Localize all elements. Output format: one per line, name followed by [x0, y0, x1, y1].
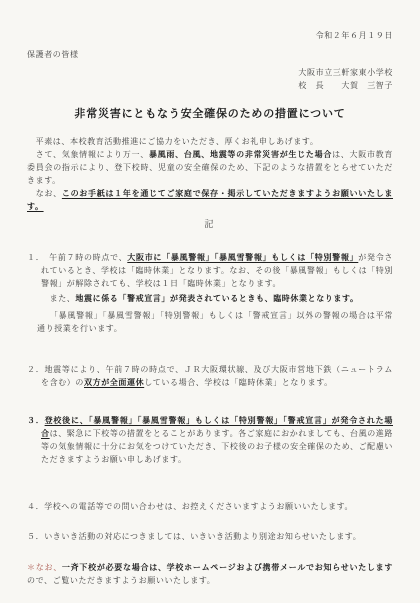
record-heading: 記 [27, 218, 393, 231]
item-1-emphasis: 大阪市に「暴風警報」「暴風雪警報」もしくは「特別警報」 [127, 253, 358, 262]
intro-paragraph-3: なお、このお手紙は１年を通じてご家庭で保存・掲示していただきますようお願いいたし… [27, 187, 393, 213]
item-1-sub-1: また、地震に係る「警戒宣言」が発表されているときも、臨時休業となります。 [41, 292, 393, 305]
footnote-post: ので、ご覧いただきますようお願いいたします。 [27, 576, 215, 585]
item-1-number: １． [27, 253, 40, 262]
item-2: ２．地震等により、午前７時の時点で、ＪＲ大阪環状線、及び大阪市営地下鉄（ニュート… [27, 363, 393, 389]
intro-paragraph-2-emphasis: 暴風雨、台風、地震等の非常災害が生じた場合 [149, 150, 332, 159]
item-4: ４．学校への電話等での問い合わせは、お控えくださいますようお願いいたします。 [27, 500, 393, 513]
principal-name: 校 長 大賀 三智子 [27, 79, 393, 92]
document-title: 非常災害にともなう安全確保のための措置について [27, 106, 393, 122]
item-3-post: は、緊急に下校等の措置をとることがあります。各ご家庭におかれましても、台風の進路… [41, 429, 393, 464]
item-5-text: いきいき活動の対応につきましては、いきいき活動より別途お知らせいたします。 [44, 532, 361, 541]
footnote: ＊なお、一斉下校が必要な場合は、学校ホームページおよび携帯メールでお知らせいたし… [27, 561, 393, 587]
item-4-text: 学校への電話等での問い合わせは、お控えくださいますようお願いいたします。 [44, 502, 353, 511]
item-1: １． 午前７時の時点で、大阪市に「暴風警報」「暴風雪警報」もしくは「特別警報」が… [27, 251, 393, 290]
intro-paragraph-2: さて、気象情報により万一、暴風雨、台風、地震等の非常災害が生じた場合は、大阪市教… [27, 148, 393, 187]
footnote-emphasis: 一斉下校が必要な場合は、学校ホームページおよび携帯メールでお知らせいたします [62, 563, 393, 572]
item-5-number: ５． [27, 532, 44, 541]
item-1-sub-2: 「暴風警報」「暴風雪警報」「特別警報」もしくは「警戒宣言」以外の警報の場合は平常… [37, 309, 393, 335]
intro-paragraph-1: 平素は、本校教育活動推進にご協力をいただき、厚くお礼申しあげます。 [27, 135, 393, 148]
item-3: ３．登校後に、「暴風警報」「暴風雪警報」もしくは「特別警報」「警戒宣言」が発令さ… [27, 414, 393, 466]
intro-paragraph-3-emphasis: このお手紙は１年を通じてご家庭で保存・掲示していただきますようお願いいたします。 [27, 189, 393, 211]
intro-paragraph-3-pre: なお、 [27, 189, 62, 198]
intro-paragraph-1-text: 平素は、本校教育活動推進にご協力をいただき、厚くお礼申しあげます。 [27, 137, 318, 146]
intro-section: 平素は、本校教育活動推進にご協力をいただき、厚くお礼申しあげます。 さて、気象情… [27, 135, 393, 213]
item-4-number: ４． [27, 502, 44, 511]
document-date: 令和２年６月１９日 [27, 29, 393, 42]
intro-paragraph-2-pre: さて、気象情報により万一、 [27, 150, 149, 159]
item-1-pre: 午前７時の時点で、 [40, 253, 127, 262]
footnote-marker: ＊なお、 [27, 563, 62, 572]
item-1-sub-1-pre: また、 [41, 294, 75, 303]
recipient: 保護者の皆様 [27, 48, 393, 61]
school-name: 大阪市立三軒家東小学校 [27, 66, 393, 79]
item-2-number: ２． [27, 365, 44, 374]
item-2-post: している場合、学校は「臨時休業」となります。 [144, 378, 333, 387]
items-section: １． 午前７時の時点で、大阪市に「暴風警報」「暴風雪警報」もしくは「特別警報」が… [27, 251, 393, 543]
item-1-sub-2-text: 「暴風警報」「暴風雪警報」「特別警報」もしくは「警戒宣言」以外の警報の場合は平常… [37, 311, 393, 333]
document-page: 令和２年６月１９日 保護者の皆様 大阪市立三軒家東小学校 校 長 大賀 三智子 … [0, 0, 420, 603]
item-2-emphasis: 双方が全面運休 [84, 378, 144, 387]
item-5: ５．いきいき活動の対応につきましては、いきいき活動より別途お知らせいたします。 [27, 530, 393, 543]
item-3-number: ３． [27, 416, 45, 425]
item-1-sub-1-emphasis: 地震に係る「警戒宣言」が発表されているときも、臨時休業となります。 [75, 294, 358, 303]
